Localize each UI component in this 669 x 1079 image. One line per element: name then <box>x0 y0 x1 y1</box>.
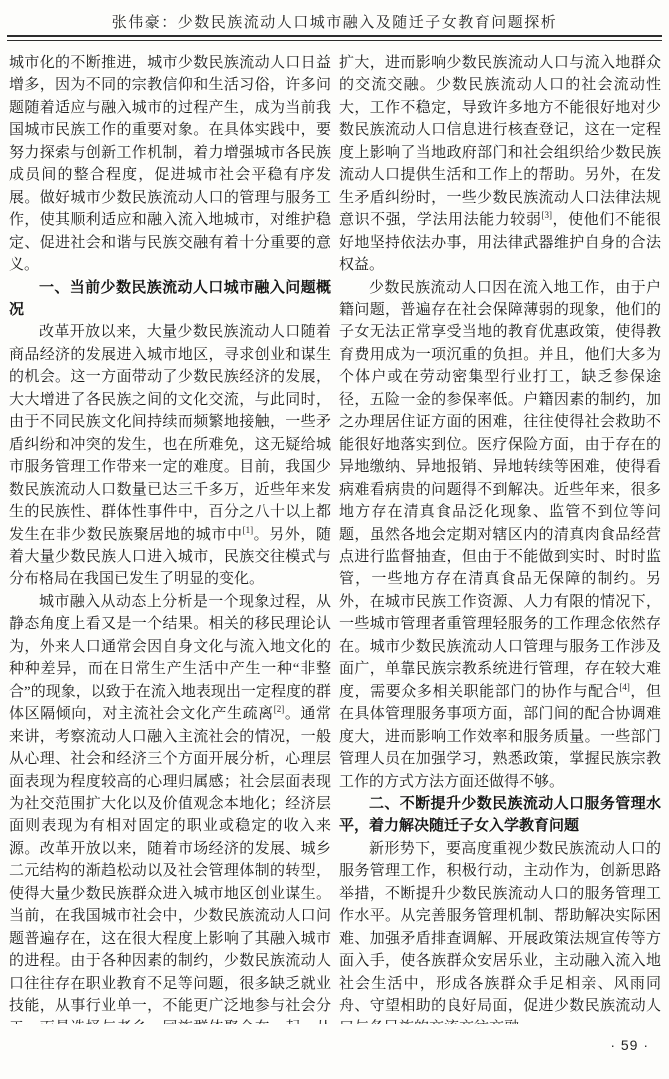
paragraph-text: 城市融入从动态上分析是一个现象过程，从静态角度上看又是一个结果。相关的移民理论认… <box>9 594 331 722</box>
paragraph-service-improvement: 新形势下，要高度重视少数民族流动人口的服务管理工作，积极行动，主动作为，创新思路… <box>339 838 661 1024</box>
page-number: · 59 · <box>610 1037 649 1053</box>
footnote-ref-3: [3] <box>541 210 552 220</box>
paragraph-integration-theory-continued: 扩大，进而影响少数民族流动人口与流入地群众的交流交融。少数民族流动人口的社会流动… <box>339 52 661 277</box>
paragraph-overview: 改革开放以来，大量少数民族流动人口随着商品经济的发展进入城市地区，寻求创业和谋生… <box>9 321 331 590</box>
paper-page: 张伟豪：少数民族流动人口城市融入及随迁子女教育问题探析 城市化的不断推进，城市少… <box>0 0 669 1079</box>
paragraph-text: 扩大，进而影响少数民族流动人口与流入地群众的交流交融。少数民族流动人口的社会流动… <box>339 55 661 228</box>
footnote-ref-1: [1] <box>243 525 254 535</box>
footnote-ref-2: [2] <box>274 704 285 714</box>
footnote-ref-4: [4] <box>619 682 630 692</box>
paragraph-text: 新形势下，要高度重视少数民族流动人口的服务管理工作，积极行动，主动作为，创新思路… <box>339 841 661 1024</box>
right-column: 扩大，进而影响少数民族流动人口与流入地群众的交流交融。少数民族流动人口的社会流动… <box>339 52 661 1024</box>
section-heading-1: 一、当前少数民族流动人口城市融入问题概况 <box>9 277 331 322</box>
running-head-title: 张伟豪：少数民族流动人口城市融入及随迁子女教育问题探析 <box>0 11 669 32</box>
left-column: 城市化的不断推进，城市少数民族流动人口日益增多，因为不同的宗教信仰和生活习俗，许… <box>9 52 331 1024</box>
paragraph-integration-theory: 城市融入从动态上分析是一个现象过程，从静态角度上看又是一个结果。相关的移民理论认… <box>9 591 331 1024</box>
paragraph-text: 。通常来讲，考察流动人口融入主流社会的情况，一般从心理、社会和经济三个方面开展分… <box>9 706 331 1024</box>
section-heading-2: 二、不断提升少数民族流动人口服务管理水平，着力解决随迁子女入学教育问题 <box>339 793 661 838</box>
paragraph-social-security: 少数民族流动人口因在流入地工作，由于户籍问题，普遍存在社会保障薄弱的现象，他们的… <box>339 277 661 793</box>
header-double-rule <box>7 35 662 41</box>
paragraph-text: 城市化的不断推进，城市少数民族流动人口日益增多，因为不同的宗教信仰和生活习俗，许… <box>9 55 331 273</box>
paragraph-text: 改革开放以来，大量少数民族流动人口随着商品经济的发展进入城市地区，寻求创业和谋生… <box>9 324 331 542</box>
paragraph-text: 少数民族流动人口因在流入地工作，由于户籍问题，普遍存在社会保障薄弱的现象，他们的… <box>339 280 661 700</box>
paragraph-intro: 城市化的不断推进，城市少数民族流动人口日益增多，因为不同的宗教信仰和生活习俗，许… <box>9 52 331 277</box>
